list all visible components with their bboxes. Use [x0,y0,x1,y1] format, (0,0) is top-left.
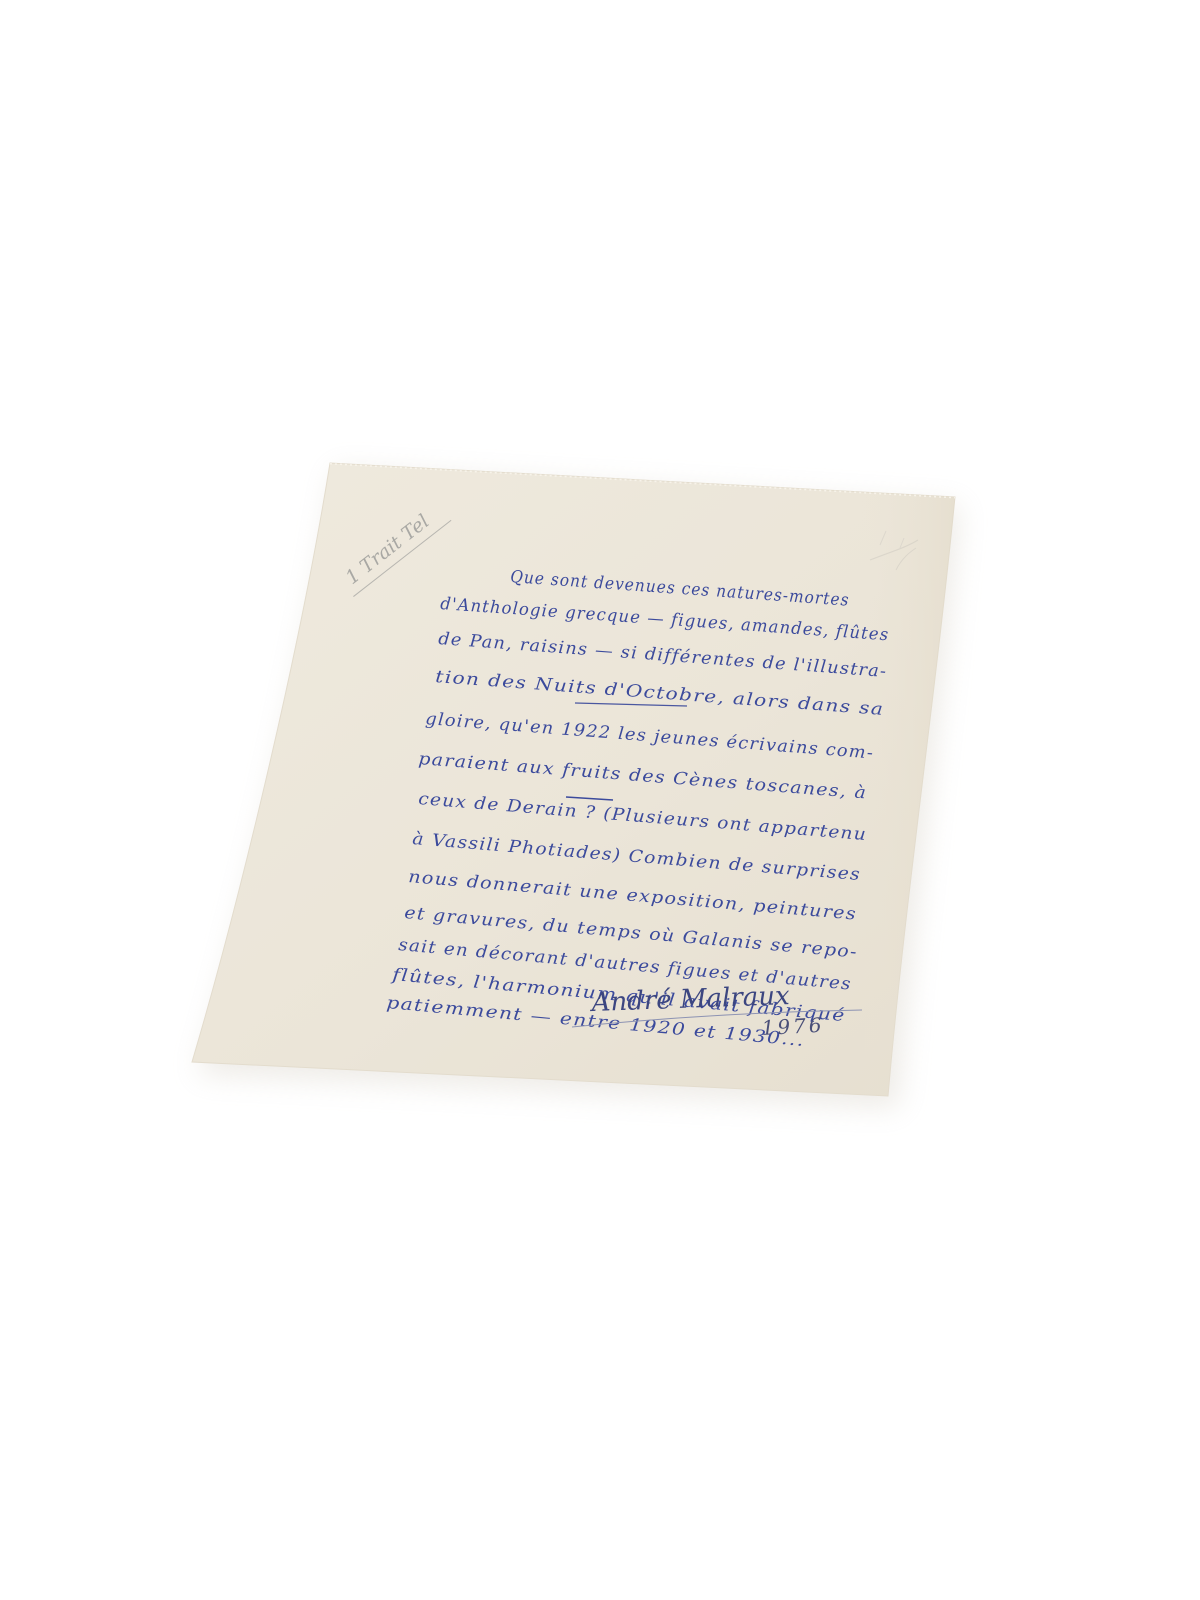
letter-photo: 1 Trait Tel Que sont devenues ces nature… [0,0,1200,1600]
photo-stage: 1 Trait Tel Que sont devenues ces nature… [0,0,1200,1600]
date-text: 1976 [761,1013,825,1040]
